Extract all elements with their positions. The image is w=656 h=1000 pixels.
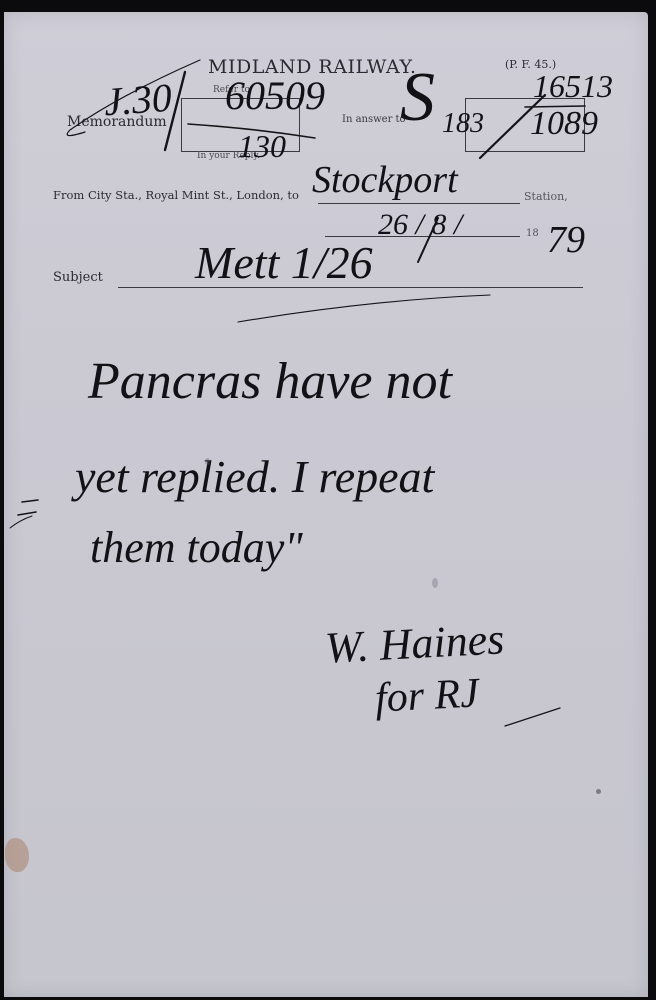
answer-number-left: 183 (442, 108, 484, 140)
subject-text: Mett 1/26 (195, 236, 373, 289)
station-rule (318, 203, 520, 204)
body-line-3: them today" (90, 522, 303, 573)
answer-prefix: S (400, 58, 435, 138)
signature-sub: for RJ (374, 669, 480, 722)
subject-label: Subject (53, 270, 103, 285)
date-year-suffix: 79 (547, 218, 585, 262)
body-line-2: yet replied. I repeat (75, 450, 434, 503)
destination-station: Stockport (312, 158, 458, 202)
refer-to-sub-number: 130 (238, 128, 286, 165)
ink-speck (596, 789, 601, 794)
scan-background: MIDLAND RAILWAY. (P. F. 45.) Refer to Me… (0, 0, 656, 1000)
answer-number-bottom: 1089 (530, 105, 598, 143)
ink-speck (205, 458, 210, 465)
ref-prefix: J.30 (102, 74, 173, 126)
answer-number-top: 16513 (533, 68, 613, 105)
body-line-1: Pancras have not (88, 352, 452, 411)
refer-to-number: 60509 (225, 72, 325, 119)
from-line-label: From City Sta., Royal Mint St., London, … (53, 188, 299, 202)
year-prefix: 18 (526, 228, 539, 239)
date-day-month: 26 / 8 / (378, 208, 462, 242)
ink-speck (432, 578, 438, 588)
paper-stain (5, 838, 29, 872)
in-answer-to-label: In answer to (342, 114, 406, 125)
signature: W. Haines (324, 613, 506, 673)
station-label: Station, (524, 190, 568, 203)
